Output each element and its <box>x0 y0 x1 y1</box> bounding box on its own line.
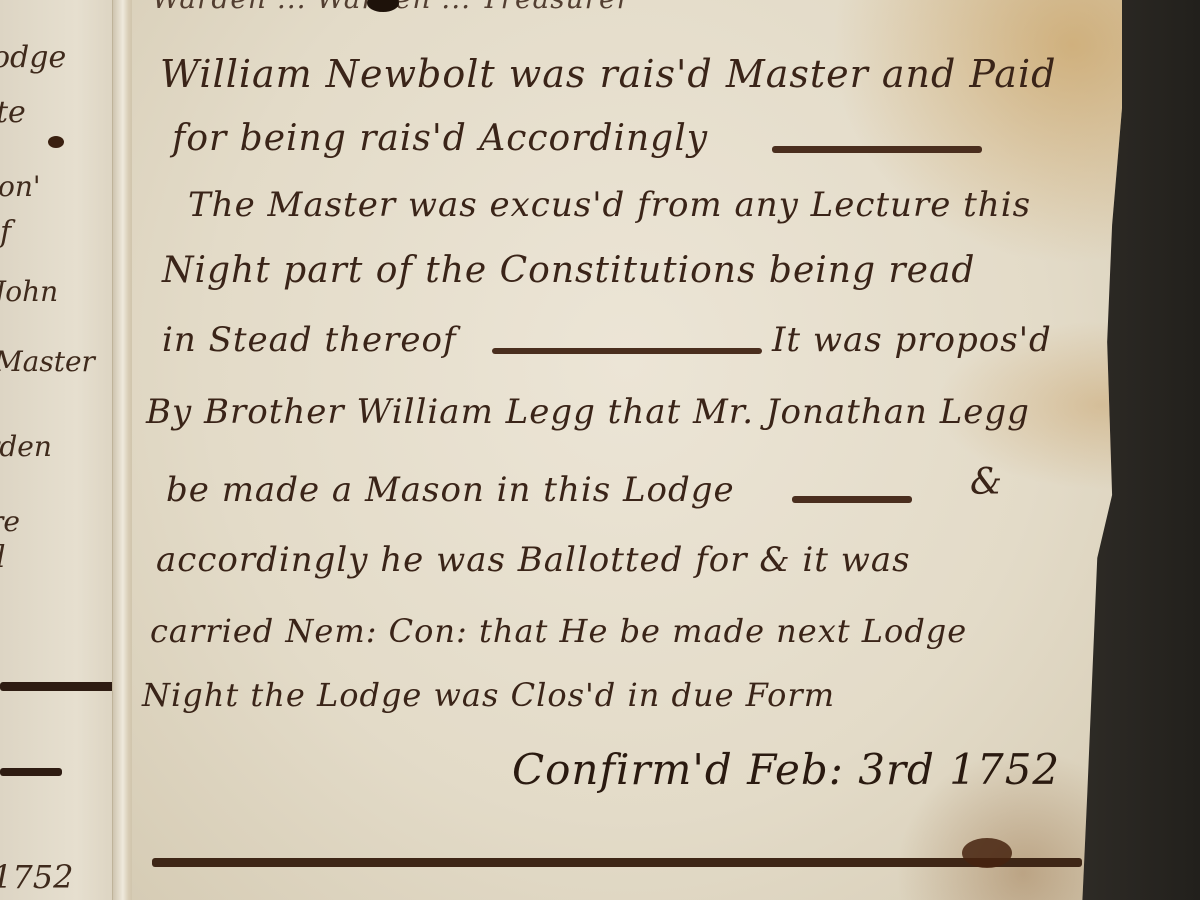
left-fragment: John <box>0 275 58 308</box>
manuscript-page: Warden ... Warden ... Treasurer William … <box>132 0 1122 900</box>
ink-blot <box>48 136 64 148</box>
ink-flourish <box>772 146 982 153</box>
ink-flourish <box>492 348 762 354</box>
ms-line-6: It was propos'd <box>772 320 1052 360</box>
left-fragment: f <box>0 215 11 250</box>
ms-line-4: Night part of the Constitutions being re… <box>162 250 975 291</box>
confirmation-date: Confirm'd Feb: 3rd 1752 <box>512 745 1060 794</box>
ink-blot <box>962 838 1012 868</box>
ink-rule <box>0 682 120 691</box>
left-fragment: Master <box>0 345 95 378</box>
ms-line-5: in Stead thereof <box>162 320 457 360</box>
left-fragment: 1752 <box>0 858 73 896</box>
left-fragment: rden <box>0 430 52 463</box>
ms-line-8: be made a Mason in this Lodge <box>166 470 735 510</box>
ms-line-2: for being rais'd Accordingly <box>172 118 708 159</box>
ms-line-12: Night the Lodge was Clos'd in due Form <box>142 676 835 714</box>
ms-line-11: carried Nem: Con: that He be made next L… <box>150 612 967 650</box>
ms-line-10: accordingly he was Ballotted for & it wa… <box>156 540 911 580</box>
left-fragment: l <box>0 540 6 575</box>
closing-rule <box>152 858 1082 867</box>
ink-rule <box>0 768 62 776</box>
left-fragment: te <box>0 95 26 130</box>
ink-flourish <box>792 496 912 503</box>
left-fragment: on' <box>0 170 41 203</box>
ms-line-3: The Master was excus'd from any Lecture … <box>188 185 1031 225</box>
ms-line-9: & <box>970 462 1003 503</box>
ms-line-1: William Newbolt was rais'd Master and Pa… <box>160 52 1056 96</box>
book-gutter <box>112 0 135 900</box>
left-fragment: re <box>0 505 20 538</box>
ms-line-7: By Brother William Legg that Mr. Jonatha… <box>146 392 1030 432</box>
left-fragment: odge <box>0 40 66 75</box>
left-page: odge te on' f John Master rden re l 1752 <box>0 0 128 900</box>
